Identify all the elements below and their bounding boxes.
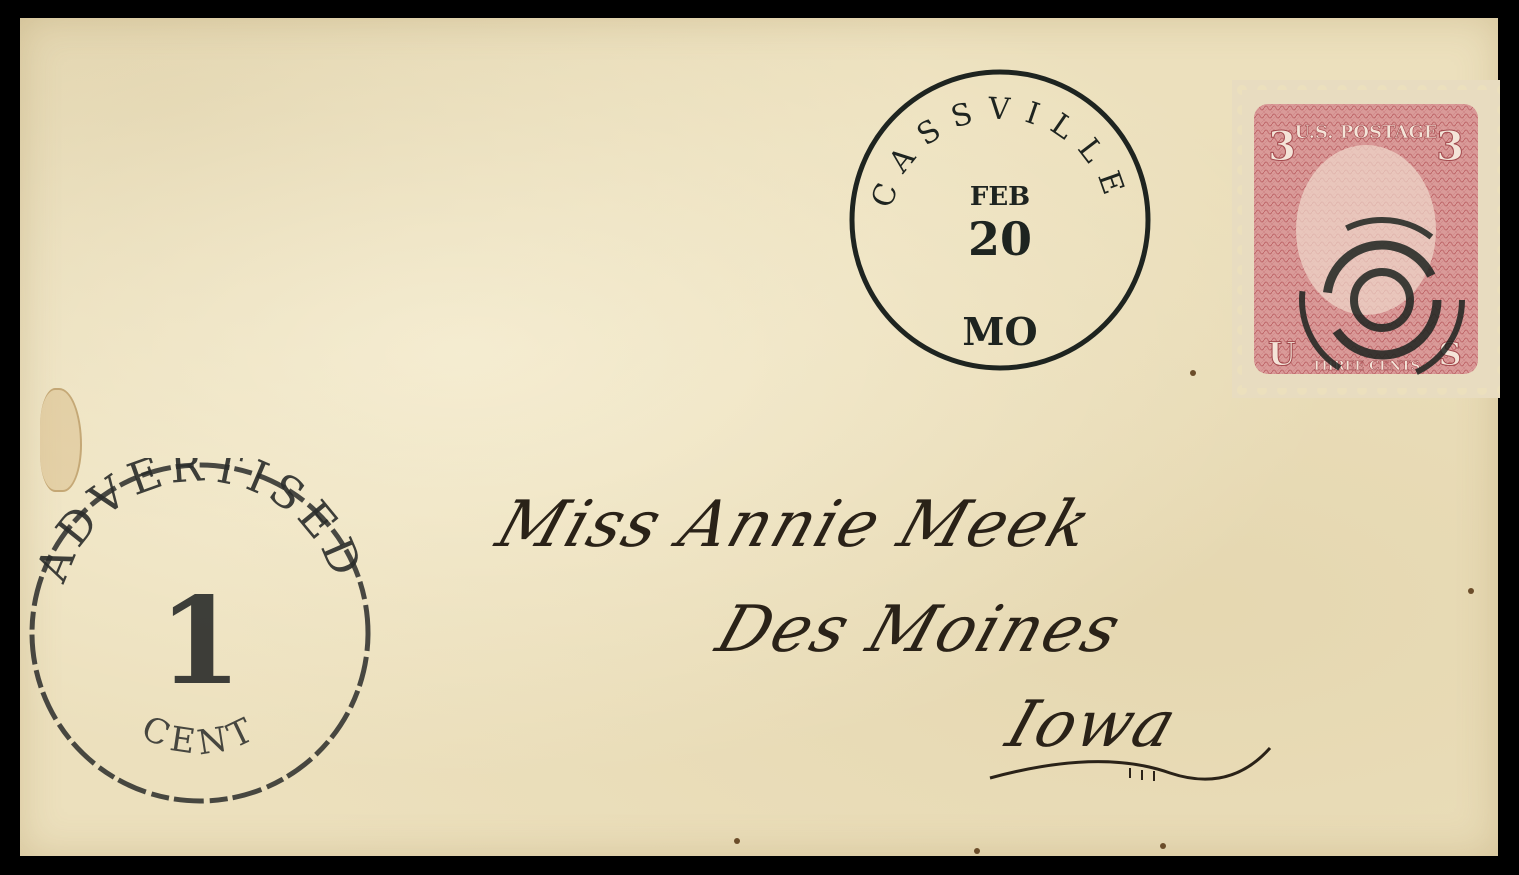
stamp-denomination-left: 3 [1268,123,1296,170]
stamp-corner-u: U [1268,335,1296,373]
postmark-month: FEB [970,182,1030,212]
stamp-top-label: U.S. POSTAGE [1295,122,1438,143]
ink-speck [1190,370,1196,376]
cassville-postmark: CASSVILLE FEB 20 MO [845,65,1155,375]
ink-speck [1160,843,1166,849]
envelope-cover: CASSVILLE FEB 20 MO ADVERTISED 1 CENT [20,18,1498,856]
stamp-denomination-right: 3 [1436,123,1464,170]
handstamp-word: ADVERTISED [26,458,373,590]
advertised-handstamp: ADVERTISED 1 CENT [25,458,375,808]
postmark-state: MO [962,309,1037,354]
postmark-day: 20 [968,212,1032,266]
address-line-name: Miss Annie Meek [488,488,1101,562]
handstamp-unit: CENT [135,708,264,763]
ink-speck [974,848,980,854]
postage-stamp: U.S. POSTAGE 3 3 U S THREE CENTS [1232,80,1500,398]
svg-text:ADVERTISED: ADVERTISED [26,458,373,590]
ink-speck [734,838,740,844]
svg-text:CENT: CENT [135,708,264,763]
ink-speck [1468,588,1474,594]
address-line-city: Des Moines [708,593,1131,667]
underline-flourish [980,718,1300,808]
handstamp-numeral: 1 [158,571,242,712]
